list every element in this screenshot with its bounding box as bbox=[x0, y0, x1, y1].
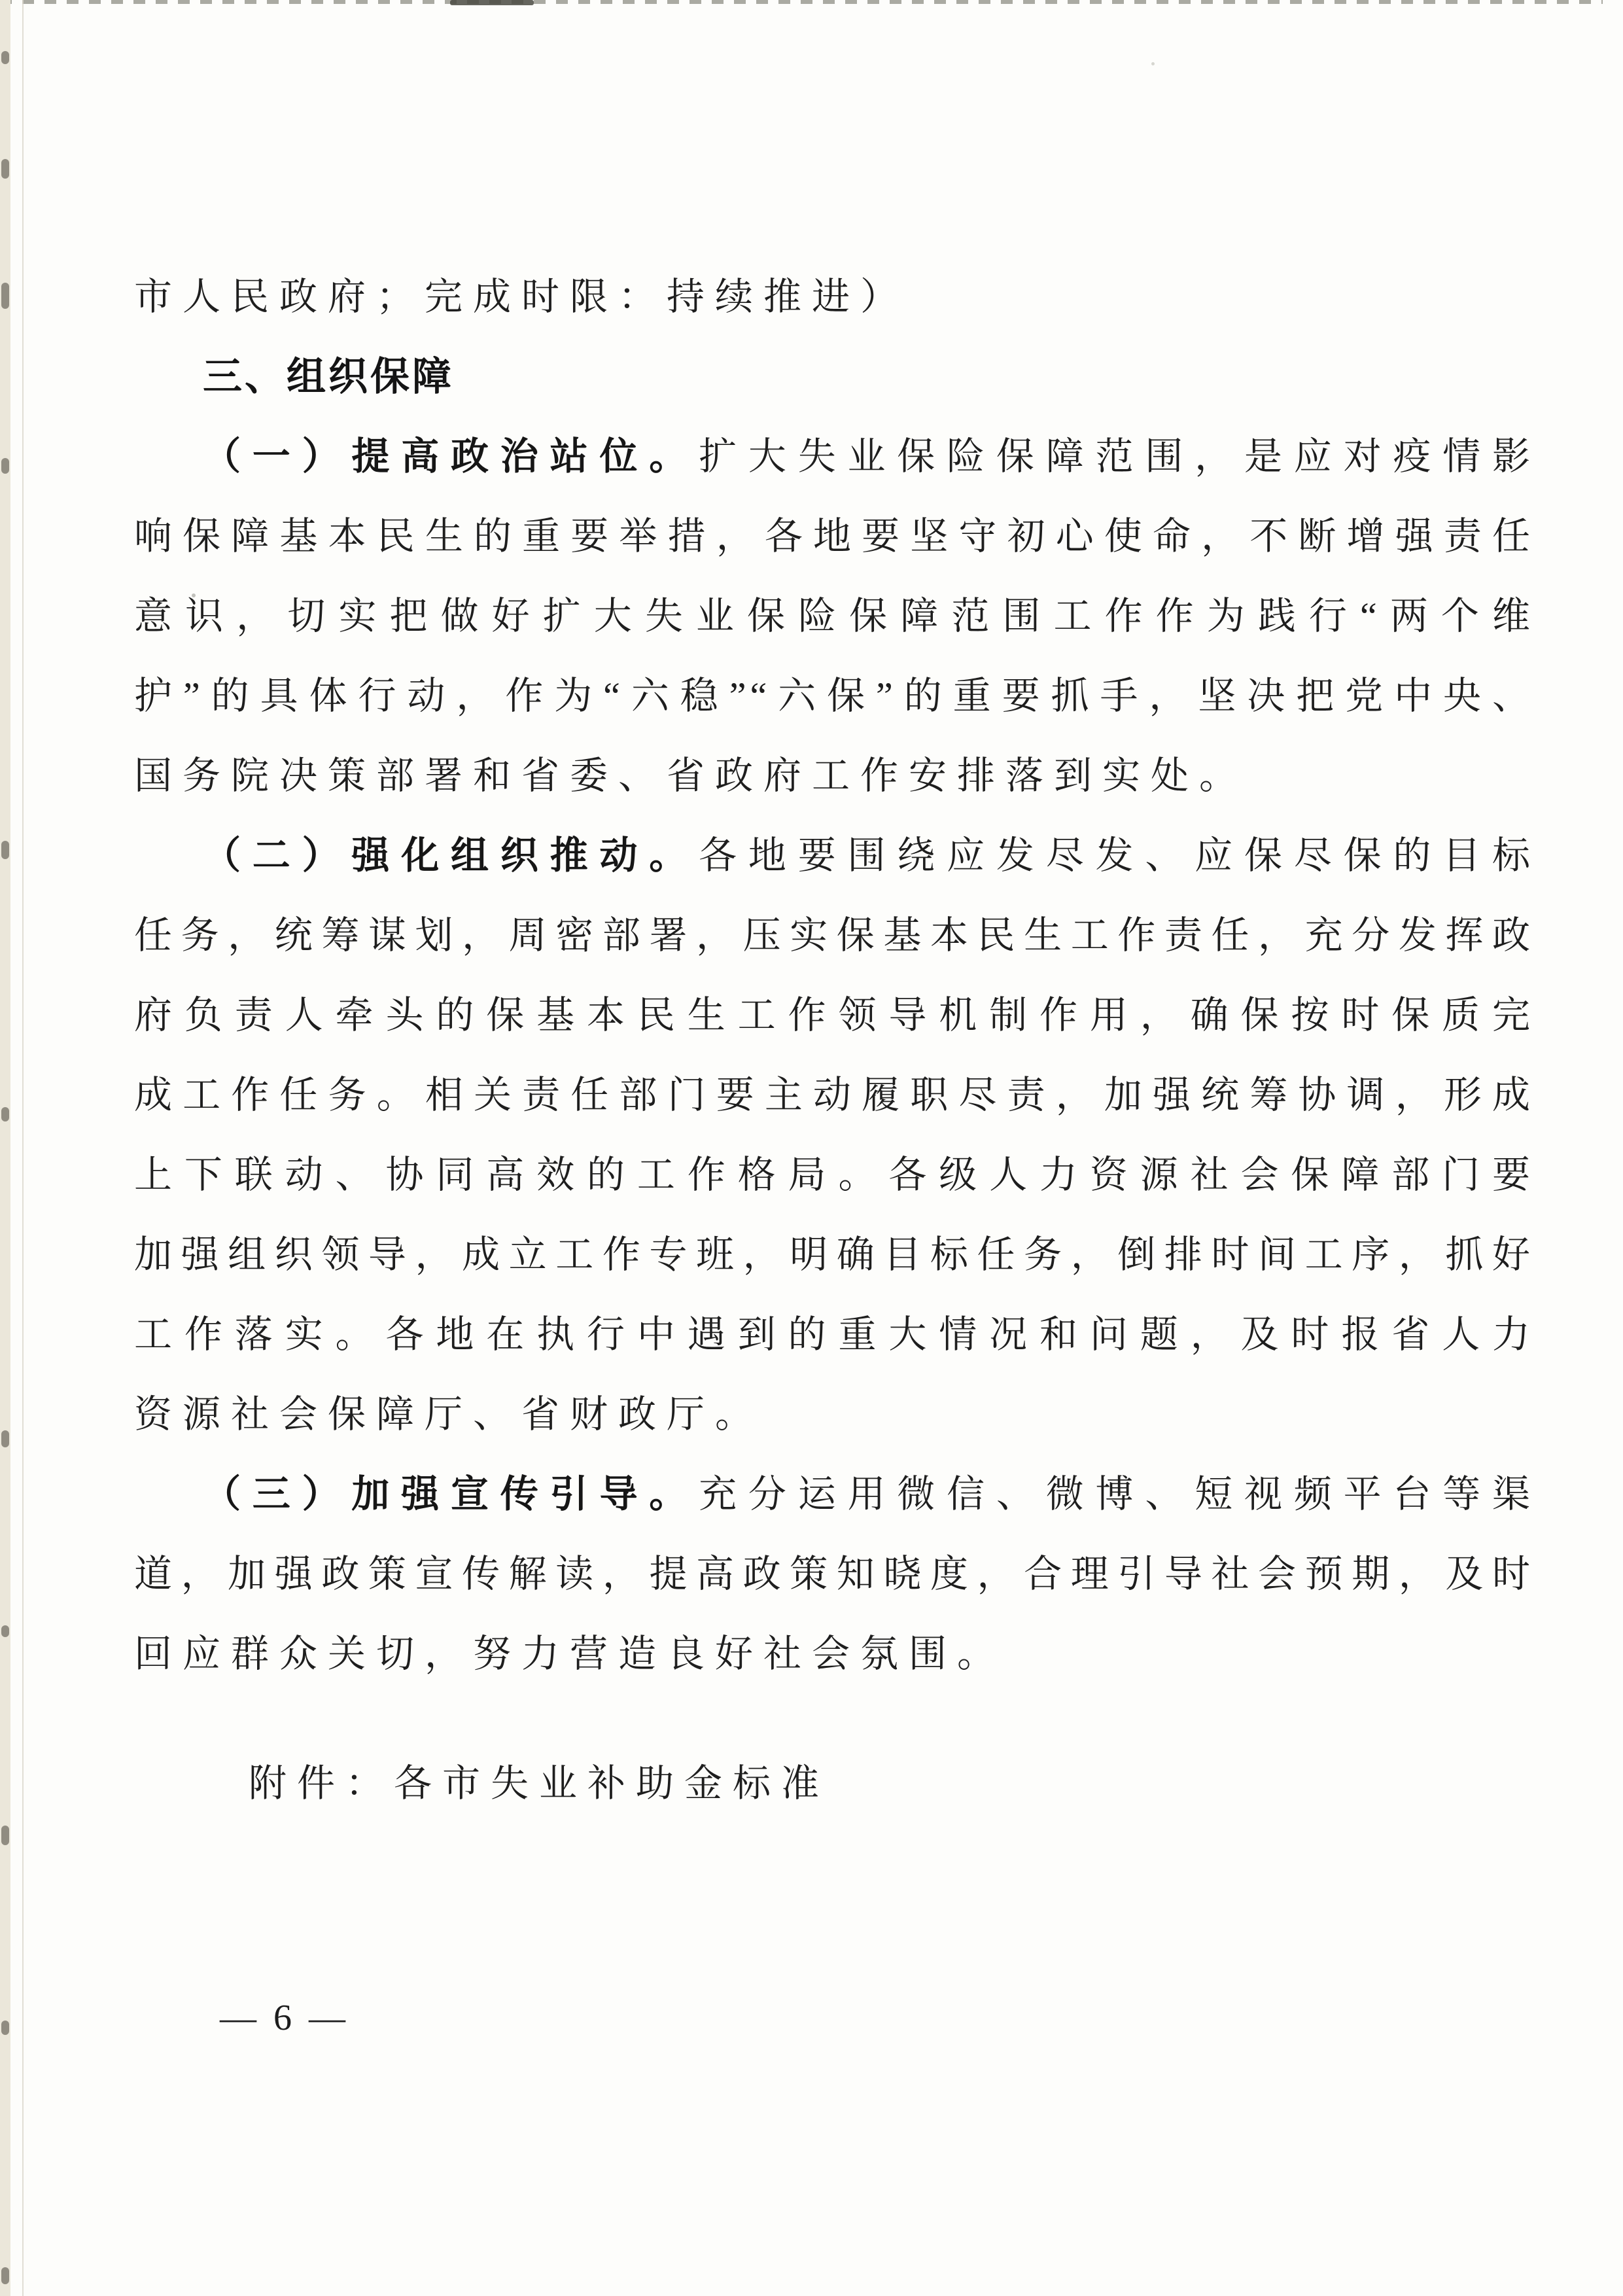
scan-artifact-top-edge bbox=[0, 0, 1603, 4]
document-line: 府负责人牵头的保基本民生工作领导机制作用，确保按时保质完 bbox=[134, 976, 1534, 1055]
paragraph-1-lead: （一）提高政治站位。 bbox=[203, 435, 699, 478]
paragraph-2-text: 各地要围绕应发尽发、应保尽保的目标 bbox=[699, 834, 1534, 877]
paragraph-1-text: 扩大失业保险保障范围，是应对疫情影 bbox=[699, 435, 1534, 478]
scan-artifact-speck bbox=[1151, 62, 1155, 65]
scan-artifact-smudge bbox=[1, 2021, 9, 2035]
scanned-document-page: 市人民政府；完成时限：持续推进） 三、组织保障 （一）提高政治站位。扩大失业保险… bbox=[0, 0, 1623, 2296]
scan-artifact-smudge bbox=[1, 1107, 9, 1122]
document-line: 响保障基本民生的重要举措，各地要坚守初心使命，不断增强责任 bbox=[134, 497, 1534, 576]
scan-artifact-smudge bbox=[1, 2267, 9, 2284]
document-line: 加强组织领导，成立工作专班，明确目标任务，倒排时间工序，抓好 bbox=[134, 1215, 1534, 1295]
document-line: 上下联动、协同高效的工作格局。各级人力资源社会保障部门要 bbox=[134, 1135, 1534, 1215]
paragraph-2-line-1: （二）强化组织推动。各地要围绕应发尽发、应保尽保的目标 bbox=[134, 816, 1534, 896]
document-line: 护”的具体行动，作为“六稳”“六保”的重要抓手，坚决把党中央、 bbox=[134, 656, 1534, 736]
document-line: 工作落实。各地在执行中遇到的重大情况和问题，及时报省人力 bbox=[134, 1295, 1534, 1375]
document-body: 市人民政府；完成时限：持续推进） 三、组织保障 （一）提高政治站位。扩大失业保险… bbox=[134, 257, 1534, 1824]
scan-artifact-smudge bbox=[1, 51, 9, 64]
paragraph-3-line-1: （三）加强宣传引导。充分运用微信、微博、短视频平台等渠 bbox=[134, 1455, 1534, 1534]
attachment-reference: 附件：各市失业补助金标准 bbox=[134, 1744, 1534, 1824]
paragraph-3-text: 充分运用微信、微博、短视频平台等渠 bbox=[699, 1473, 1534, 1515]
paragraph-3-lead: （三）加强宣传引导。 bbox=[203, 1473, 699, 1515]
document-line: 成工作任务。相关责任部门要主动履职尽责，加强统筹协调，形成 bbox=[134, 1055, 1534, 1135]
scan-artifact-smudge bbox=[1, 1826, 9, 1845]
scan-artifact-smudge bbox=[1, 458, 9, 474]
document-line: 任务，统筹谋划，周密部署，压实保基本民生工作责任，充分发挥政 bbox=[134, 896, 1534, 976]
scan-artifact-smudge bbox=[1, 283, 9, 309]
document-line: 道，加强政策宣传解读，提高政策知晓度，合理引导社会预期，及时 bbox=[134, 1534, 1534, 1614]
scan-artifact-fold-line bbox=[22, 0, 24, 2296]
scan-artifact-smudge bbox=[1, 159, 9, 179]
document-line: 国务院决策部署和省委、省政府工作安排落到实处。 bbox=[134, 736, 1534, 816]
document-line-continuation: 市人民政府；完成时限：持续推进） bbox=[134, 257, 1534, 337]
paragraph-1-line-1: （一）提高政治站位。扩大失业保险保障范围，是应对疫情影 bbox=[134, 417, 1534, 497]
page-number: — 6 — bbox=[220, 1997, 349, 2039]
scan-artifact-smudge bbox=[1, 1430, 9, 1447]
document-line: 回应群众关切，努力营造良好社会氛围。 bbox=[134, 1614, 1534, 1694]
scan-artifact-smudge bbox=[1, 841, 9, 859]
section-heading: 三、组织保障 bbox=[134, 337, 1534, 417]
document-line: 意识，切实把做好扩大失业保险保障范围工作作为践行“两个维 bbox=[134, 576, 1534, 656]
document-line: 资源社会保障厅、省财政厅。 bbox=[134, 1375, 1534, 1455]
paragraph-2-lead: （二）强化组织推动。 bbox=[203, 834, 699, 877]
scan-artifact-smudge bbox=[1, 1625, 9, 1637]
scan-artifact-top-smudge bbox=[450, 0, 534, 5]
scan-artifact-left-edge bbox=[0, 0, 10, 2296]
